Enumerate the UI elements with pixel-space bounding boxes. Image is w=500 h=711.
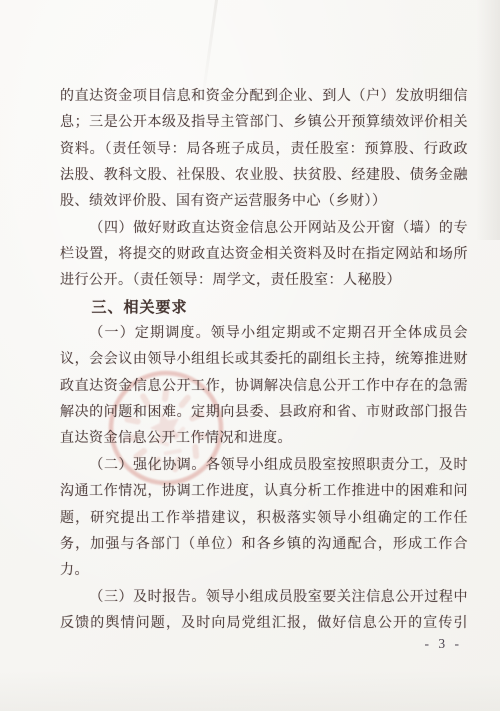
document-text-line: （四）做好财政直达资金信息公开网站及公开窗（墙）的专 bbox=[60, 216, 468, 242]
document-text-line: 沟通工作情况，协调工作进度，认真分析工作推进中的困难和问 bbox=[60, 479, 468, 505]
document-text-line: 政直达资金信息公开工作，协调解决信息公开工作中存在的急需 bbox=[60, 374, 468, 400]
document-text-line: （一）定期调度。领导小组定期或不定期召开全体成员会 bbox=[60, 321, 468, 347]
document-text-line: 务，加强与各部门（单位）和各乡镇的沟通配合，形成工作合 bbox=[60, 532, 468, 558]
document-text-line: 议，会会议由领导小组组长或其委托的副组长主持，统筹推进财 bbox=[60, 347, 468, 373]
document-text-line: （三）及时报告。领导小组成员股室要关注信息公开过程中 bbox=[60, 585, 468, 611]
document-text-line: 直达资金信息公开工作情况和进度。 bbox=[60, 426, 468, 452]
document-text-line: 资料。（责任领导：局各班子成员，责任股室：预算股、行政政 bbox=[60, 137, 468, 163]
scanned-document-page: 的直达资金项目信息和资金分配到企业、到人（户）发放明细信息；三是公开本级及指导主… bbox=[0, 0, 500, 711]
document-text-line: 解决的问题和困难。定期向县委、县政府和省、市财政部门报告 bbox=[60, 400, 468, 426]
document-text-line: 反馈的舆情问题，及时向局党组汇报，做好信息公开的宣传引 bbox=[60, 611, 468, 637]
page-number: - 3 - bbox=[425, 636, 463, 652]
section-heading: 三、相关要求 bbox=[60, 295, 468, 321]
paper-crease-bottom bbox=[0, 671, 500, 711]
document-text-line: 题，研究提出工作举措建议，积极落实领导小组确定的工作任 bbox=[60, 506, 468, 532]
document-text-line: 股、绩效评价股、国有资产运营服务中心（乡财）） bbox=[60, 189, 468, 215]
document-text-line: 力。 bbox=[60, 558, 468, 584]
document-text-block: 的直达资金项目信息和资金分配到企业、到人（户）发放明细信息；三是公开本级及指导主… bbox=[60, 84, 468, 637]
document-text-line: 法股、教科文股、社保股、农业股、扶贫股、经建股、债务金融 bbox=[60, 163, 468, 189]
document-text-line: （二）强化协调。各领导小组成员股室按照职责分工，及时 bbox=[60, 453, 468, 479]
paper-crease-right bbox=[472, 0, 500, 240]
document-text-line: 栏设置，将提交的财政直达资金相关资料及时在指定网站和场所 bbox=[60, 242, 468, 268]
document-text-line: 息；三是公开本级及指导主管部门、乡镇公开预算绩效评价相关 bbox=[60, 110, 468, 136]
document-text-line: 的直达资金项目信息和资金分配到企业、到人（户）发放明细信 bbox=[60, 84, 468, 110]
document-text-line: 进行公开。（责任领导：周学文，责任股室：人秘股） bbox=[60, 268, 468, 294]
